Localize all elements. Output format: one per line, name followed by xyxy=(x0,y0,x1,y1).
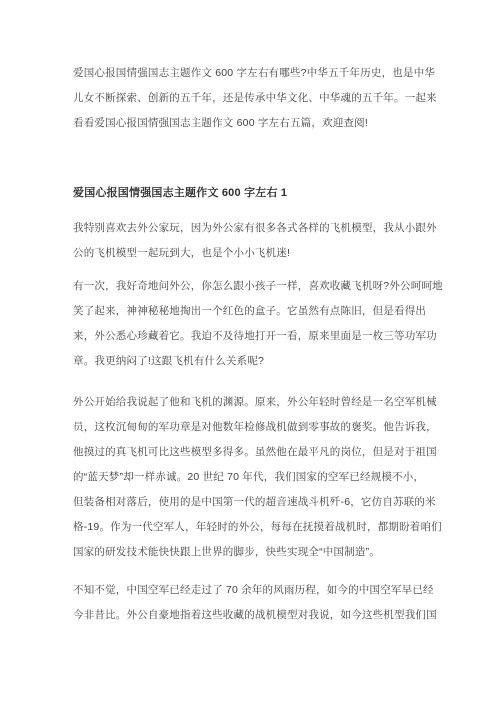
text-line: 章。我更纳闷了!这跟飞机有什么关系呢? xyxy=(73,349,500,374)
text-line: 不知不觉，中国空军已经走过了 70 余年的风雨历程，如今的中国空军早已经 xyxy=(73,578,500,603)
text-line: 公的飞机模型一起玩到大，也是个小小飞机迷! xyxy=(73,241,500,266)
article-page: 爱国心报国情强国志主题作文 600 字左右有哪些?中华五千年历史，也是中华 儿女… xyxy=(0,0,500,707)
text-line: 员，这枚沉甸甸的军功章是对他数年检修战机做到零事故的褒奖。他告诉我， xyxy=(73,415,500,440)
section-heading-text: 爱国心报国情强国志主题作文 600 字左右 1 xyxy=(73,181,500,206)
text-line: 他摸过的真飞机可比这些模型多得多。虽然他在最平凡的岗位，但是对于祖国 xyxy=(73,440,500,465)
paragraph-4: 不知不觉，中国空军已经走过了 70 余年的风雨历程，如今的中国空军早已经 今非昔… xyxy=(73,578,500,628)
text-line: 我特别喜欢去外公家玩，因为外公家有很多各式各样的飞机模型，我从小跟外 xyxy=(73,216,500,241)
text-line: 儿女不断探索、创新的五千年，还是传承中华文化、中华魂的五千年。一起来 xyxy=(73,86,500,111)
text-line: 但装备相对落后，使用的是中国第一代的超音速战斗机歼-6，它仿自苏联的米 xyxy=(73,490,500,515)
text-line: 有一次，我好奇地问外公，你怎么跟小孩子一样，喜欢收藏飞机呀?外公呵呵地 xyxy=(73,274,500,299)
intro-paragraph: 爱国心报国情强国志主题作文 600 字左右有哪些?中华五千年历史，也是中华 儿女… xyxy=(73,61,500,136)
text-line: 笑了起来，神神秘秘地掏出一个红色的盒子。它虽然有点陈旧，但是看得出 xyxy=(73,299,500,324)
text-line: 来，外公悉心珍藏着它。我迫不及待地打开一看，原来里面是一枚三等功军功 xyxy=(73,324,500,349)
text-line: 格-19。作为一代空军人，年轻时的外公，每每在抚摸着战机时，都期盼着咱们 xyxy=(73,515,500,540)
text-line: 外公开始给我说起了他和飞机的渊源。原来，外公年轻时曾经是一名空军机械 xyxy=(73,390,500,415)
text-line: 的“蓝天梦”却一样赤诚。20 世纪 70 年代，我们国家的空军已经规模不小， xyxy=(73,465,500,490)
section-heading: 爱国心报国情强国志主题作文 600 字左右 1 xyxy=(73,181,500,206)
paragraph-3: 外公开始给我说起了他和飞机的渊源。原来，外公年轻时曾经是一名空军机械 员，这枚沉… xyxy=(73,390,500,565)
text-line: 国家的研发技术能快快跟上世界的脚步，快些实现全“中国制造”。 xyxy=(73,540,500,565)
paragraph-2: 有一次，我好奇地问外公，你怎么跟小孩子一样，喜欢收藏飞机呀?外公呵呵地 笑了起来… xyxy=(73,274,500,374)
paragraph-1: 我特别喜欢去外公家玩，因为外公家有很多各式各样的飞机模型，我从小跟外 公的飞机模… xyxy=(73,216,500,266)
text-line: 爱国心报国情强国志主题作文 600 字左右有哪些?中华五千年历史，也是中华 xyxy=(73,61,500,86)
text-line: 看看爱国心报国情强国志主题作文 600 字左右五篇，欢迎查阅! xyxy=(73,111,500,136)
text-line: 今非昔比。外公自豪地指着这些收藏的战机模型对我说，如今这些机型我们国 xyxy=(73,603,500,628)
